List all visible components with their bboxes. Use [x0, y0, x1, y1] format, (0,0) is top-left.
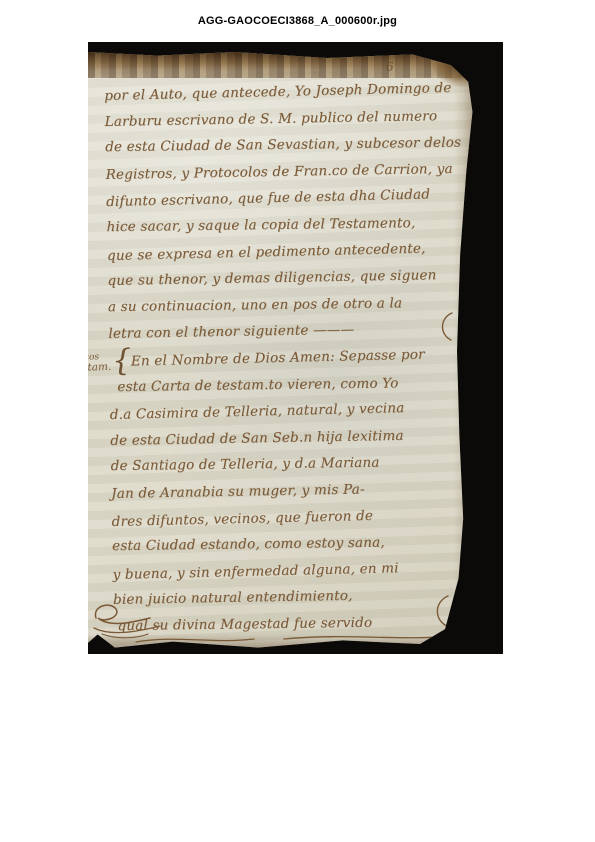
screenshot-root: { "caption": { "text": "AGG-GAOCOECI3868…: [0, 0, 595, 842]
margin-note-text: ttos stam.: [88, 352, 112, 373]
manuscript-line: de esta Ciudad de San Sevastian, y subce…: [105, 130, 461, 161]
margin-brace: {: [112, 347, 132, 376]
margin-note-testamento: ttos stam. {: [88, 347, 132, 377]
manuscript-line: a su continuacion, uno en pos de otro a …: [108, 289, 464, 320]
pen-curl-flourish: [436, 310, 456, 344]
scan-background: 6 por el Auto, que antecede, Yo Joseph D…: [88, 42, 503, 654]
manuscript-page: 6 por el Auto, que antecede, Yo Joseph D…: [88, 52, 474, 650]
pen-curl-flourish-bottom: [430, 592, 452, 630]
folio-number: 6: [386, 60, 394, 74]
deckled-top-edge: [88, 52, 474, 78]
filename-caption: AGG-GAOCOECI3868_A_000600r.jpg: [0, 14, 595, 28]
manuscript-line: de Santiago de Telleria, y d.a Mariana: [111, 449, 467, 480]
underline-flourish: [134, 630, 454, 648]
handwritten-text: por el Auto, que antecede, Yo Joseph Dom…: [104, 76, 470, 641]
